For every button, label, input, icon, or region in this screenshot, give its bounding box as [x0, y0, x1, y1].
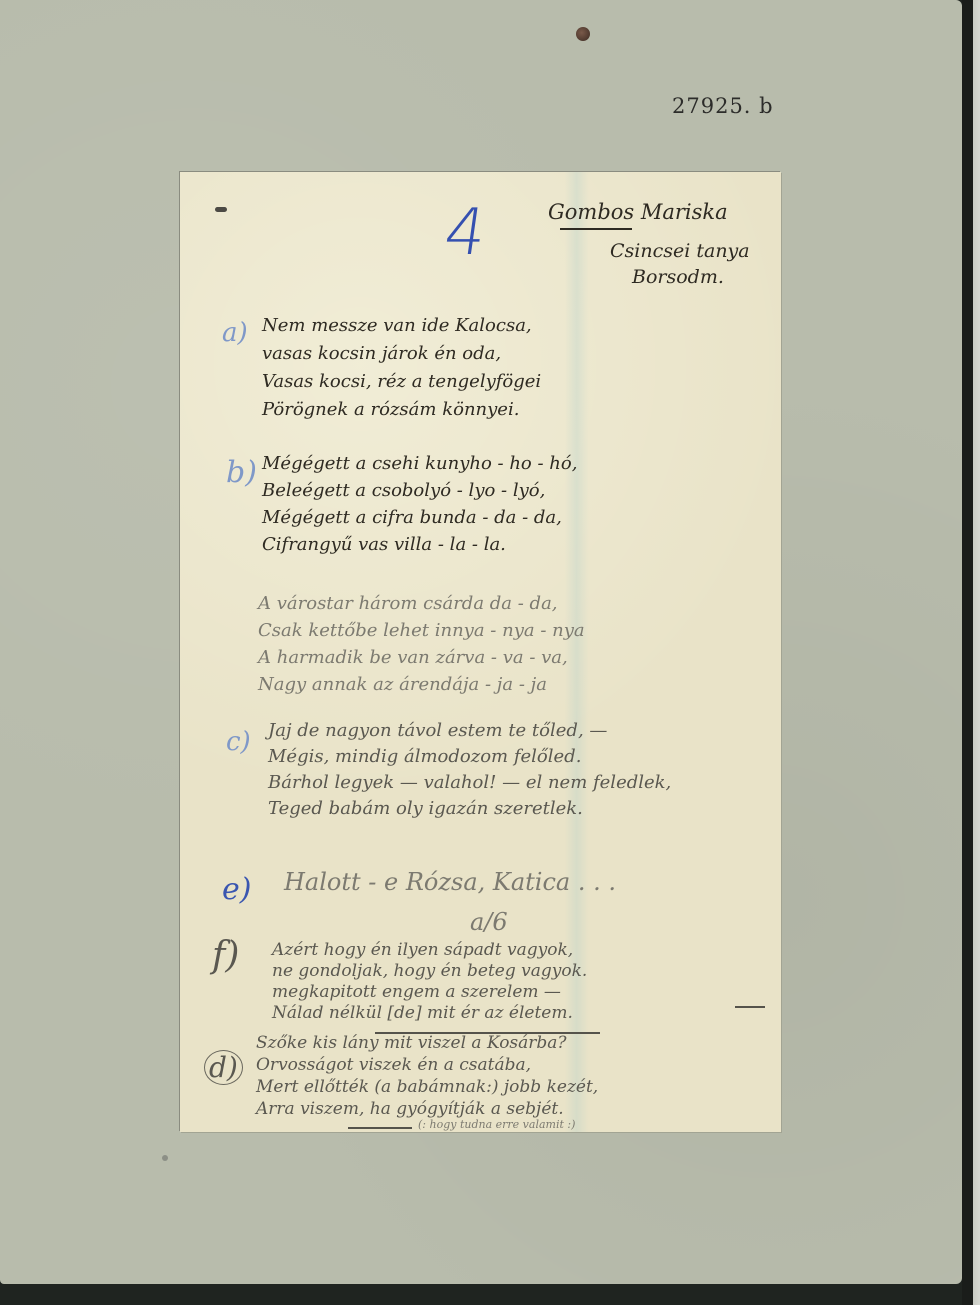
verse-line: Mégis, mindig álmodozom felőled.	[268, 744, 671, 770]
stanza-label: b)	[226, 455, 257, 490]
verse-line: A várostar három csárda da - da,	[258, 590, 585, 617]
stanza-label: d)	[204, 1050, 243, 1085]
verse-line: Szőke kis lány mit viszel a Kosárba?	[256, 1032, 598, 1054]
verse-line: Mégégett a cifra bunda - da - da,	[262, 504, 577, 531]
interlinear-note: (: hogy tudna erre valamit :)	[418, 1118, 575, 1131]
stanza-text: Nem messze van ide Kalocsa, vasas kocsin…	[262, 312, 541, 424]
verse-line: vasas kocsin járok én oda,	[262, 340, 541, 368]
verse-line: Jaj de nagyon távol estem te tőled, —	[268, 718, 671, 744]
ink-blot	[215, 207, 227, 212]
verse-line: Nem messze van ide Kalocsa,	[262, 312, 541, 340]
catalog-number: 27925. b	[672, 94, 774, 118]
verse-line: Vasas kocsi, réz a tengelyfögei	[262, 368, 541, 396]
verse-line: Beleégett a csobolyó - lyo - lyó,	[262, 477, 577, 504]
verse-line: Halott - e Rózsa, Katica . . .	[284, 868, 616, 896]
informant-place: Csincsei tanya	[610, 240, 750, 262]
pin-hole	[576, 27, 590, 41]
verse-line: Mert ellőtték (a babámnak:) jobb kezét,	[256, 1076, 598, 1098]
verse-line: Mégégett a csehi kunyho - ho - hó,	[262, 450, 577, 477]
informant-town: Borsodm.	[632, 266, 724, 288]
stanza-label: c)	[226, 727, 251, 757]
stanza-label: e)	[222, 872, 251, 907]
verse-line: Cifrangyű vas villa - la - la.	[262, 531, 577, 558]
stanza-text: Mégégett a csehi kunyho - ho - hó, Beleé…	[262, 450, 577, 558]
stanza-text: Azért hogy én ilyen sápadt vagyok, ne go…	[272, 940, 587, 1024]
verse-line: Csak kettőbe lehet innya - nya - nya	[258, 617, 585, 644]
stanza-text: Szőke kis lány mit viszel a Kosárba? Orv…	[256, 1032, 598, 1120]
board-spot	[162, 1155, 168, 1161]
stanza-text: Halott - e Rózsa, Katica . . .	[284, 868, 616, 896]
underline-mark	[348, 1127, 412, 1129]
name-underline	[560, 228, 632, 230]
verse-line: Pörögnek a rózsám könnyei.	[262, 396, 541, 424]
verse-line: Azért hogy én ilyen sápadt vagyok,	[272, 940, 587, 961]
mounting-board: 27925. b 4 Gombos Mariska Csincsei tanya…	[0, 0, 962, 1284]
verse-line: Nagy annak az árendája - ja - ja	[258, 671, 585, 698]
verse-line: Nálad nélkül [de] mit ér az életem.	[272, 1003, 587, 1024]
dash-mark	[735, 1006, 765, 1008]
scan-edge	[962, 0, 980, 1305]
verse-line: megkapitott engem a szerelem —	[272, 982, 587, 1003]
stanza-label: a)	[222, 318, 248, 348]
verse-line: ne gondoljak, hogy én beteg vagyok.	[272, 961, 587, 982]
verse-line: Teged babám oly igazán szeretlek.	[268, 796, 671, 822]
stanza-text: Jaj de nagyon távol estem te tőled, — Mé…	[268, 718, 671, 822]
informant-name: Gombos Mariska	[548, 200, 728, 224]
verse-line: Orvosságot viszek én a csatába,	[256, 1054, 598, 1076]
margin-note: a/6	[470, 908, 508, 936]
stanza-label: f)	[212, 935, 239, 976]
stanza-text: A várostar három csárda da - da, Csak ke…	[258, 590, 585, 698]
verse-line: Arra viszem, ha gyógyítják a sebjét.	[256, 1098, 598, 1120]
verse-line: A harmadik be van zárva - va - va,	[258, 644, 585, 671]
verse-line: Bárhol legyek — valahol! — el nem feledl…	[268, 770, 671, 796]
